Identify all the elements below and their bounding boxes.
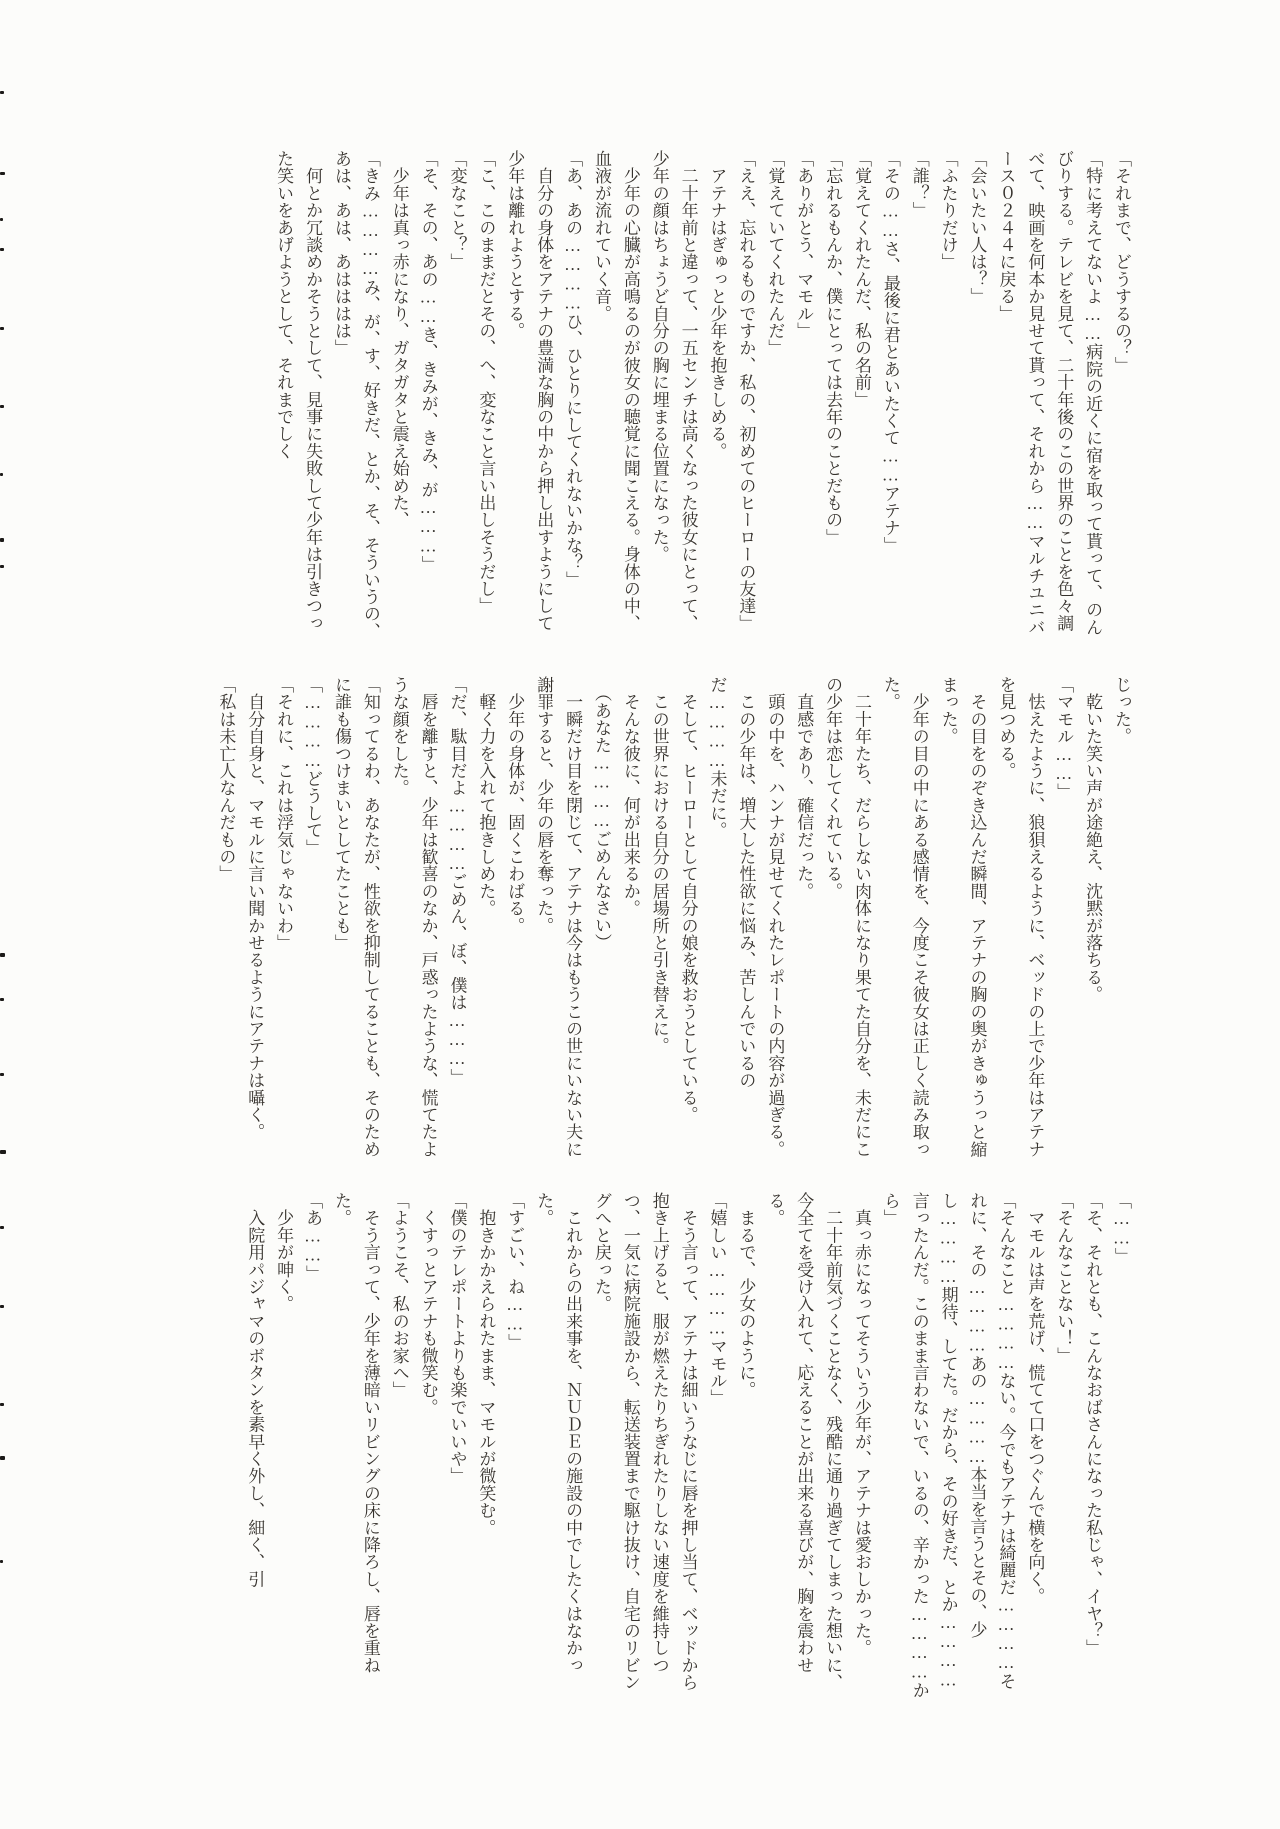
text-paragraph: そして、ヒーローとして自分の娘を救おうとしている。	[673, 676, 702, 1172]
text-paragraph: 「覚えていてくれたんだ」	[759, 150, 788, 646]
scan-noise-speck	[0, 1305, 4, 1308]
text-paragraph: 「覚えてくれたんだ、私の名前」	[846, 150, 875, 646]
scan-noise-speck	[0, 405, 4, 408]
scan-noise-speck	[0, 565, 4, 568]
scan-noise-speck	[0, 327, 4, 330]
text-band-bottom: 「……」「そ、それとも、こんなおばさんになった私じゃ、イヤ？」「そんなことない！…	[100, 1192, 1135, 1702]
text-paragraph: 自分自身と、マモルに言い聞かせるようにアテナは囁く。	[239, 676, 268, 1172]
text-paragraph: まるで、少女のように。	[731, 1192, 760, 1702]
scan-noise-speck	[0, 1403, 4, 1406]
text-paragraph: そう言って、少年を薄暗いリビングの床に降ろし、唇を重ねた。	[326, 1192, 384, 1702]
text-paragraph: 自分の身体をアテナの豊満な胸の中から押し出すようにして少年は離れようとする。	[499, 150, 557, 646]
text-paragraph: 「知ってるわ、あなたが、性欲を抑制してることも、そのために誰も傷つけまいとしてた…	[326, 676, 384, 1172]
text-paragraph: 「こ、このままだとその、へ、変なこと言い出しそうだし」	[471, 150, 500, 646]
text-paragraph: その目をのぞき込んだ瞬間、アテナの胸の奥がきゅうっと縮まった。	[933, 676, 991, 1172]
text-paragraph: 少年の目の中にある感情を、今度こそ彼女は正しく読み取った。	[875, 676, 933, 1172]
scan-noise-speck	[0, 473, 3, 476]
text-paragraph: 「嬉しい…………マモル」	[702, 1192, 731, 1702]
text-paragraph: 「忘れるもんか、僕にとっては去年のことだもの」	[817, 150, 846, 646]
text-paragraph: 「ふたりだけ」	[933, 150, 962, 646]
text-paragraph: 怯えたように、狼狽えるように、ベッドの上で少年はアテナを見つめる。	[991, 676, 1049, 1172]
text-paragraph: 軽く力を入れて抱きしめた。	[471, 676, 500, 1172]
text-paragraph: 「そ、それとも、こんなおばさんになった私じゃ、イヤ？」	[1077, 1192, 1106, 1702]
text-paragraph: （あなた…………ごめんなさい）	[586, 676, 615, 1172]
text-paragraph: 「会いたい人は？」	[962, 150, 991, 646]
scan-noise-speck	[0, 1150, 6, 1154]
scan-noise-speck	[0, 248, 4, 251]
scan-noise-speck	[0, 218, 3, 221]
text-paragraph: 「特に考えてないよ……病院の近くに宿を取って貰って、のんびりする。テレビを見て、…	[991, 150, 1107, 646]
text-paragraph: 二十年前と違って、一五センチは高くなった彼女にとって、少年の顔はちょうど自分の胸…	[644, 150, 702, 646]
text-paragraph: 「ようこそ、私のお家へ」	[384, 1192, 413, 1702]
text-paragraph: 「あ……」	[297, 1192, 326, 1702]
text-paragraph: 抱きかかえられたまま、マモルが微笑む。	[471, 1192, 500, 1702]
scan-noise-speck	[0, 1456, 5, 1460]
text-paragraph: じった。	[1106, 676, 1135, 1172]
text-paragraph: 入院用パジャマのボタンを素早く外し、細く、引	[239, 1192, 268, 1702]
text-paragraph: この少年は、増大した性欲に悩み、苦しんでいるのだ…………未だに。	[702, 676, 760, 1172]
text-paragraph: 「あ、あの…………ひ、ひとりにしてくれないかな？」	[557, 150, 586, 646]
text-paragraph: 「すごい、ね……」	[499, 1192, 528, 1702]
scan-noise-speck	[0, 538, 4, 542]
text-paragraph: 「その……さ、最後に君とあいたくて……アテナ」	[875, 150, 904, 646]
text-paragraph: これからの出来事を、ＮＵＤＥの施設の中でしたくはなかった。	[528, 1192, 586, 1702]
text-paragraph: 乾いた笑い声が途絶え、沈黙が落ちる。	[1077, 676, 1106, 1172]
text-paragraph: 真っ赤になってそういう少年が、アテナは愛おしかった。	[846, 1192, 875, 1702]
text-paragraph: 少年が呻く。	[268, 1192, 297, 1702]
text-paragraph: 「変なこと？」	[442, 150, 471, 646]
text-paragraph: 二十年たち、だらしない肉体になり果てた自分を、未だにこの少年は恋してくれている。	[817, 676, 875, 1172]
text-paragraph: 「きみ…………み、が、す、好きだ、とか、そ、そういうの、あは、あは、あはははは」	[326, 150, 384, 646]
scanned-page: 「それまで、どうするの？」「特に考えてないよ……病院の近くに宿を取って貰って、の…	[0, 0, 1280, 1829]
text-paragraph: 「そんなこと…………ない。今でもアテナは綺麗だ…………それに、その…………あの……	[875, 1192, 1019, 1702]
text-paragraph: 「だ、駄目だよ…………ごめん、ぼ、僕は………」	[442, 676, 471, 1172]
scan-noise-speck	[0, 1226, 4, 1229]
text-band-top: 「それまで、どうするの？」「特に考えてないよ……病院の近くに宿を取って貰って、の…	[100, 150, 1135, 646]
text-band-middle: じった。 乾いた笑い声が途絶え、沈黙が落ちる。「マモル……」 怯えたように、狼狽…	[100, 676, 1135, 1172]
text-paragraph: そんな彼に、何が出来るか。	[615, 676, 644, 1172]
text-paragraph: 何とか冗談めかそうとして、見事に失敗して少年は引きつった笑いをあげようとして、そ…	[268, 150, 326, 646]
text-paragraph: マモルは声を荒げ、慌てて口をつぐんで横を向く。	[1019, 1192, 1048, 1702]
text-paragraph: 「ありがとう、マモル」	[788, 150, 817, 646]
scan-noise-speck	[0, 1560, 3, 1563]
text-paragraph: 「そ、その、あの……き、きみが、きみ、が………」	[413, 150, 442, 646]
scan-noise-speck	[0, 1073, 4, 1076]
text-paragraph: 「僕のテレポートよりも楽でいいや」	[442, 1192, 471, 1702]
text-paragraph: 唇を離すと、少年は歓喜のなか、戸惑ったような、慌てたような顔をした。	[384, 676, 442, 1172]
scan-noise-speck	[0, 953, 5, 957]
scan-noise-speck	[0, 91, 4, 94]
text-paragraph: 一瞬だけ目を閉じて、アテナは今はもうこの世にいない夫に謝罪すると、少年の唇を奪っ…	[528, 676, 586, 1172]
text-paragraph: 「誰？」	[904, 150, 933, 646]
text-paragraph: アテナはぎゅっと少年を抱きしめる。	[702, 150, 731, 646]
text-paragraph: 二十年前気づくことなく、残酷に通り過ぎてしまった想いに、今全てを受け入れて、応え…	[759, 1192, 846, 1702]
text-paragraph: 頭の中を、ハンナが見せてくれたレポートの内容が過ぎる。	[759, 676, 788, 1172]
text-paragraph: くすっとアテナも微笑む。	[413, 1192, 442, 1702]
text-paragraph: 少年は真っ赤になり、ガタガタと震え始めた、	[384, 150, 413, 646]
text-paragraph: 少年の身体が、固くこわばる。	[499, 676, 528, 1172]
text-paragraph: 「そんなことない！」	[1048, 1192, 1077, 1702]
text-paragraph: そう言って、アテナは細いうなじに唇を押し当て、ベッドから抱き上げると、服が燃えた…	[586, 1192, 702, 1702]
text-paragraph: 「マモル……」	[1048, 676, 1077, 1172]
scan-noise-speck	[0, 172, 5, 175]
text-paragraph: 「それまで、どうするの？」	[1106, 150, 1135, 646]
text-paragraph: 直感であり、確信だった。	[788, 676, 817, 1172]
text-paragraph: 「ええ、忘れるものですか、私の、初めてのヒーローの友達」	[731, 150, 760, 646]
text-paragraph: 「それに、これは浮気じゃないわ」	[268, 676, 297, 1172]
text-paragraph: 「私は未亡人なんだもの」	[211, 676, 240, 1172]
text-paragraph: 少年の心臓が高鳴るのが彼女の聴覚に聞こえる。身体の中、血液が流れていく音。	[586, 150, 644, 646]
text-paragraph: 「……」	[1106, 1192, 1135, 1702]
text-paragraph: 「…………どうして」	[297, 676, 326, 1172]
scan-noise-speck	[0, 998, 4, 1001]
text-paragraph: この世界における自分の居場所と引き替えに。	[644, 676, 673, 1172]
